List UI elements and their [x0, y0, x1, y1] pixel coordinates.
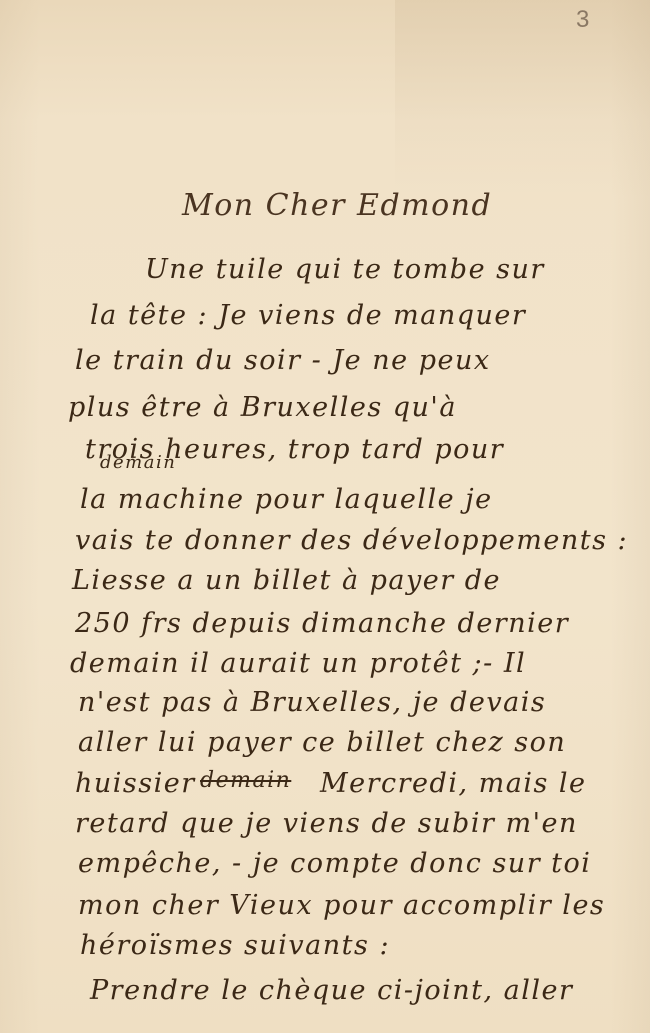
salutation: Mon Cher Edmond: [182, 188, 492, 223]
letter-line-2: la tête : Je viens de manquer: [90, 300, 526, 331]
letter-line-8: Liesse a un billet à payer de: [72, 565, 501, 596]
letter-line-1: Une tuile qui te tombe sur: [145, 254, 545, 285]
letter-line-14: retard que je viens de subir m'en: [75, 808, 578, 839]
letter-line-3: le train du soir - Je ne peux: [75, 345, 491, 376]
letter-page: 3 Mon Cher Edmond Une tuile qui te tombe…: [0, 0, 650, 1033]
page-number: 3: [576, 6, 589, 34]
letter-line-12: aller lui payer ce billet chez son: [78, 727, 566, 758]
letter-insertion-demain: demain: [100, 452, 176, 473]
letter-line-10: demain il aurait un protêt ;- Il: [70, 648, 526, 679]
letter-line-16: mon cher Vieux pour accomplir les: [78, 890, 605, 921]
letter-line-7: vais te donner des développements :: [75, 525, 628, 556]
letter-line-11: n'est pas à Bruxelles, je devais: [78, 687, 546, 718]
letter-line-9: 250 frs depuis dimanche dernier: [75, 608, 569, 639]
letter-line-13-start: huissier: [75, 768, 196, 799]
letter-line-13-end: Mercredi, mais le: [320, 768, 587, 799]
letter-line-17: héroïsmes suivants :: [80, 930, 390, 961]
letter-line-6: la machine pour laquelle je: [80, 484, 493, 515]
letter-line-13-struck-word: demain: [200, 768, 291, 793]
letter-line-18: Prendre le chèque ci-joint, aller: [90, 975, 573, 1006]
letter-line-4: plus être à Bruxelles qu'à: [68, 392, 457, 423]
letter-line-15: empêche, - je compte donc sur toi: [78, 848, 591, 879]
paper-fold-shadow: [395, 0, 650, 200]
